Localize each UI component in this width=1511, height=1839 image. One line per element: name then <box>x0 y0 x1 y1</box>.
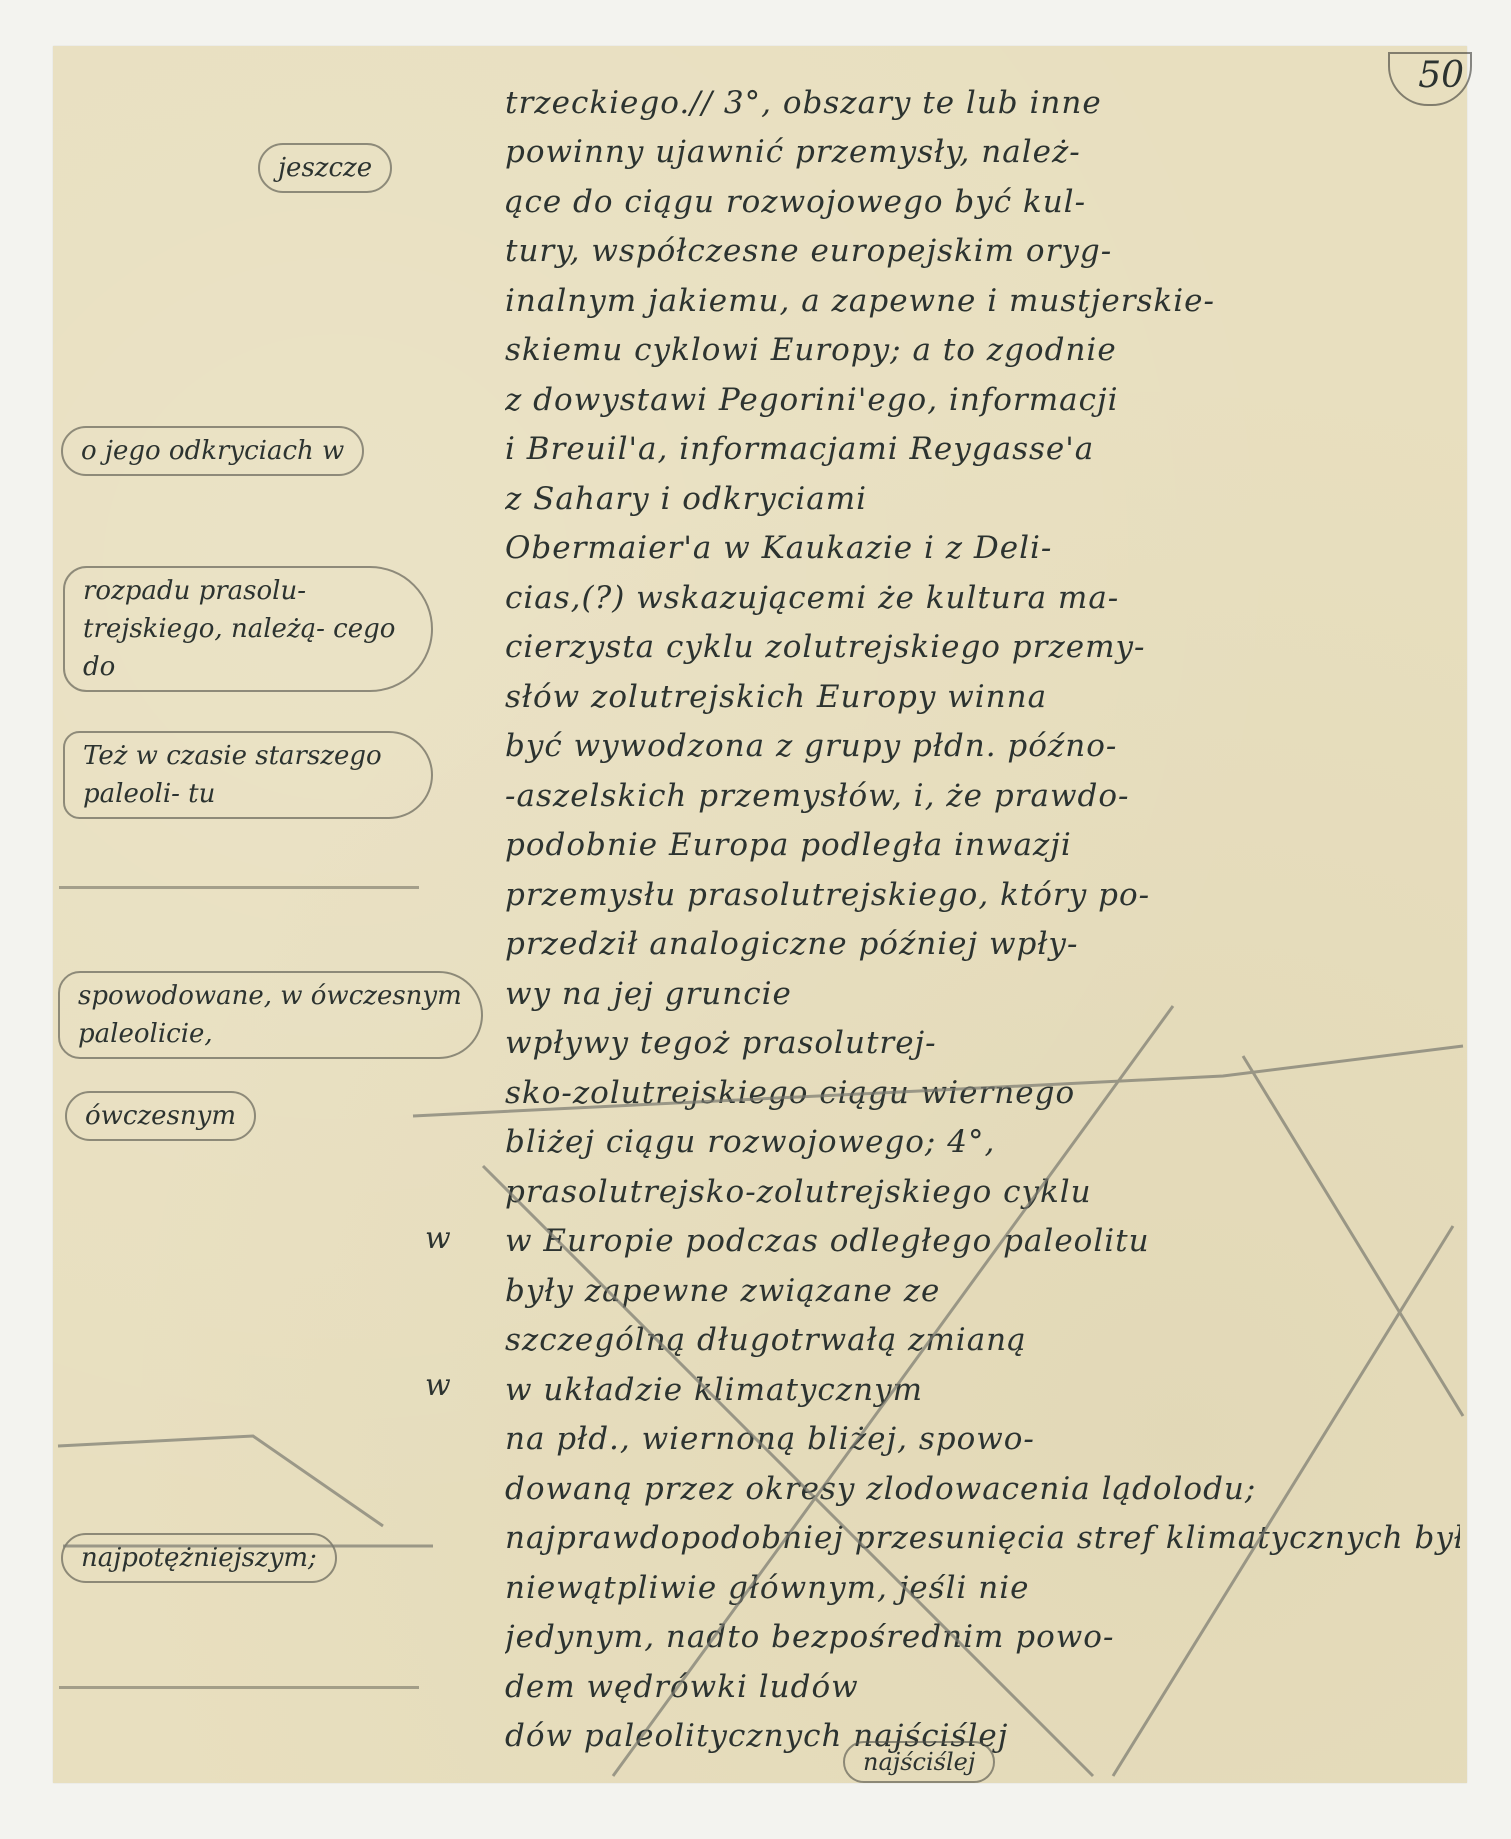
text-line: były zapewne związane ze <box>505 1264 1460 1319</box>
text-line: szczególną długotrwałą zmianą <box>505 1313 1460 1368</box>
text-line: i Breuil'a, informacjami Reygasse'a <box>505 422 1460 477</box>
text-line: niewątpliwie głównym, jeśli nie <box>505 1561 1460 1616</box>
text-line: trzeckiego.// 3°, obszary te lub inne <box>505 76 1460 131</box>
text-line: z dowystawi Pegorini'ego, informacji <box>505 373 1460 428</box>
text-line: skiemu cyklowi Europy; a to zgodnie <box>505 323 1460 378</box>
text-line: w Europie podczas odległego paleolitu <box>505 1214 1460 1269</box>
text-line: -aszelskich przemysłów, i, że prawdo- <box>505 769 1460 824</box>
margin-note-spowodowane: spowodowane, w ówczesnym paleolicie, <box>58 971 483 1059</box>
margin-rule <box>59 1686 419 1689</box>
margin-note-najpotezniejszym: najpotężniejszym; <box>61 1533 337 1583</box>
text-line: bliżej ciągu rozwojowego; 4°, <box>505 1115 1460 1170</box>
text-line: jedynym, nadto bezpośrednim powo- <box>505 1610 1460 1665</box>
text-line: ące do ciągu rozwojowego być kul- <box>505 175 1460 230</box>
insertion-mark-w: w <box>425 1221 451 1256</box>
insertion-najscislej: najściślej <box>843 1741 995 1783</box>
margin-note-jeszcze: jeszcze <box>258 143 392 193</box>
text-line: prasolutrejsko-zolutrejskiego cyklu <box>505 1165 1460 1220</box>
margin-note-owczesnym: ówczesnym <box>65 1091 256 1141</box>
text-line: powinny ujawnić przemysły, należ- <box>505 125 1460 180</box>
text-line: słów zolutrejskich Europy winna <box>505 670 1460 725</box>
text-line: Obermaier'a w Kaukazie i z Deli- <box>505 521 1460 576</box>
text-line: tury, współczesne europejskim oryg- <box>505 224 1460 279</box>
margin-note-odkryciach: o jego odkryciach w <box>61 426 364 476</box>
text-line: sko-zolutrejskiego ciągu wiernego <box>505 1066 1460 1121</box>
text-line: przedził analogiczne później wpły- <box>505 917 1460 972</box>
margin-rule <box>59 886 419 889</box>
text-line: na płd., wiernoną bliżej, spowo- <box>505 1412 1460 1467</box>
text-line: dowaną przez okresy zlodowacenia lądolod… <box>505 1462 1460 1517</box>
text-line: być wywodzona z grupy płdn. późno- <box>505 719 1460 774</box>
text-line: wpływy tegoż prasolutrej- <box>505 1016 1460 1071</box>
text-line: w układzie klimatycznym <box>505 1363 1460 1418</box>
insertion-mark-w: w <box>425 1368 451 1403</box>
text-line: przemysłu prasolutrejskiego, który po- <box>505 868 1460 923</box>
margin-note-rozpadu: rozpadu prasolu- trejskiego, należą- ceg… <box>63 566 433 692</box>
margin-note-starszego-paleolitu: Też w czasie starszego paleoli- tu <box>63 731 433 819</box>
text-line: cias,(?) wskazującemi że kultura ma- <box>505 571 1460 626</box>
text-line: z Sahary i odkryciami <box>505 472 1460 527</box>
text-line: inalnym jakiemu, a zapewne i mustjerskie… <box>505 274 1460 329</box>
text-line: cierzysta cyklu zolutrejskiego przemy- <box>505 620 1460 675</box>
text-line: wy na jej gruncie <box>505 967 1460 1022</box>
manuscript-page: 50 trzeckiego.// 3°, obszary te lub inne… <box>53 46 1467 1783</box>
text-line: dem wędrówki ludów <box>505 1660 1460 1715</box>
text-line: podobnie Europa podległa inwazji <box>505 818 1460 873</box>
text-line: najprawdopodobniej przesunięcia stref kl… <box>505 1511 1460 1566</box>
